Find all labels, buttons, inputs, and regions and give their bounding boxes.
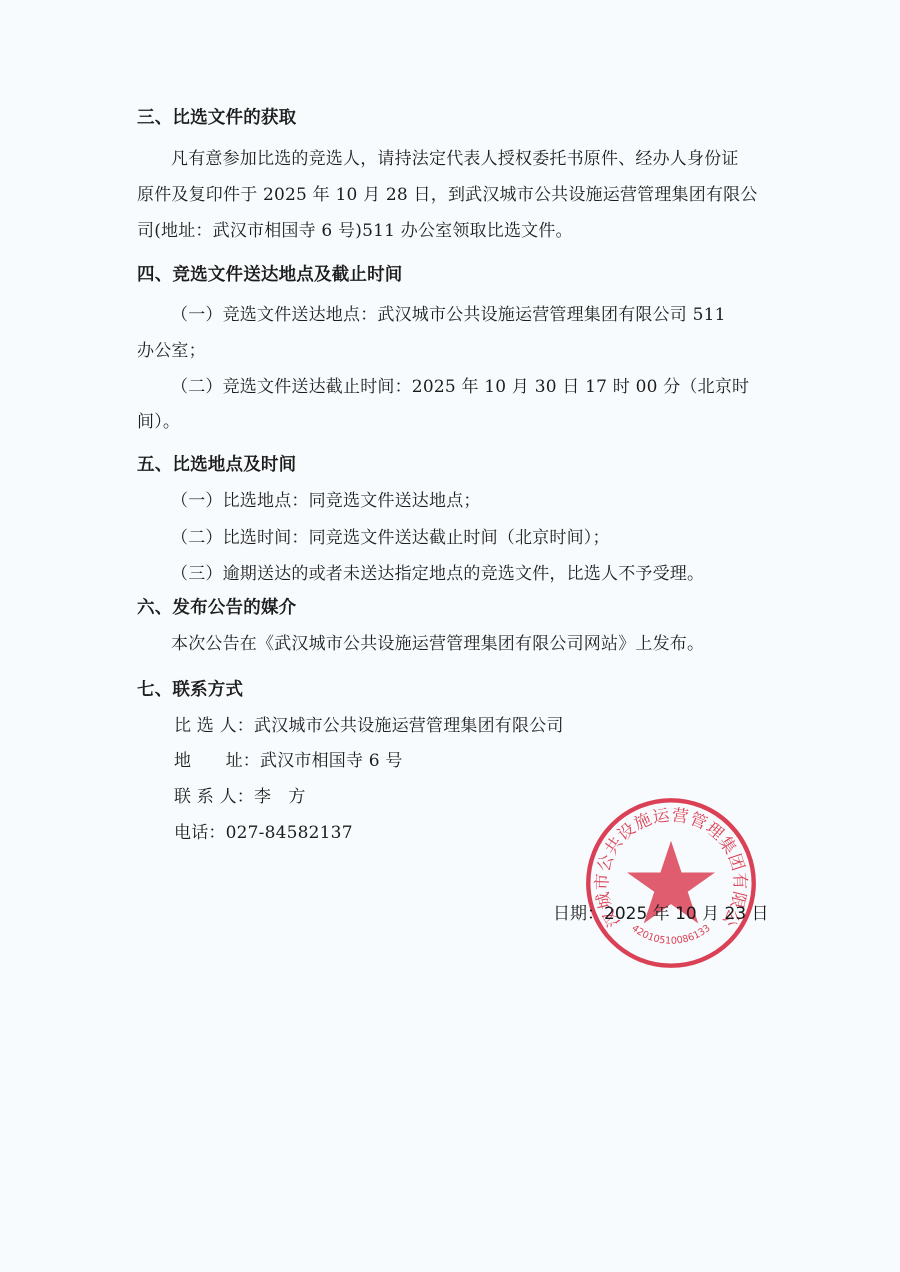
contact-phone: 电话：027-84582137 — [174, 822, 353, 844]
seal-code: 42010510086133 — [629, 923, 712, 947]
document-page: 三、比选文件的获取 凡有意参加比选的竞选人，请持法定代表人授权委托书原件、经办人… — [0, 0, 900, 1272]
section-heading-7: 七、联系方式 — [137, 679, 243, 701]
section-4-line-1: （一）竞选文件送达地点：武汉城市公共设施运营管理集团有限公司 511 — [171, 304, 726, 326]
section-5-line-3: （三）逾期送达的或者未送达指定地点的竞选文件，比选人不予受理。 — [171, 563, 704, 585]
section-heading-5: 五、比选地点及时间 — [137, 454, 296, 476]
contact-address: 地 址：武汉市相国寺 6 号 — [174, 750, 403, 772]
section-3-line-3: 司(地址：武汉市相国寺 6 号)511 办公室领取比选文件。 — [137, 220, 573, 242]
section-heading-3: 三、比选文件的获取 — [137, 107, 296, 129]
section-4-line-3: （二）竞选文件送达截止时间：2025 年 10 月 30 日 17 时 00 分… — [171, 376, 749, 398]
section-5-line-1: （一）比选地点：同竞选文件送达地点； — [171, 490, 481, 512]
contact-person: 联 系 人：李 方 — [174, 786, 306, 808]
official-seal-stamp: 武汉城市公共设施运营管理集团有限公司 42010510086133 — [583, 795, 759, 971]
contact-bidder: 比 选 人：武汉城市公共设施运营管理集团有限公司 — [174, 715, 564, 737]
section-heading-6: 六、发布公告的媒介 — [137, 597, 296, 619]
section-5-line-2: （二）比选时间：同竞选文件送达截止时间（北京时间）； — [171, 527, 610, 549]
section-3-line-1: 凡有意参加比选的竞选人，请持法定代表人授权委托书原件、经办人身份证 — [171, 148, 739, 170]
section-4-line-4: 间）。 — [137, 411, 180, 433]
section-heading-4: 四、竞选文件送达地点及截止时间 — [137, 264, 403, 286]
section-6-line-1: 本次公告在《武汉城市公共设施运营管理集团有限公司网站》上发布。 — [171, 633, 704, 655]
document-date: 日期：2025 年 10 月 23 日 — [553, 903, 769, 925]
section-3-line-2: 原件及复印件于 2025 年 10 月 28 日，到武汉城市公共设施运营管理集团… — [137, 184, 758, 206]
section-4-line-2: 办公室； — [137, 340, 206, 362]
